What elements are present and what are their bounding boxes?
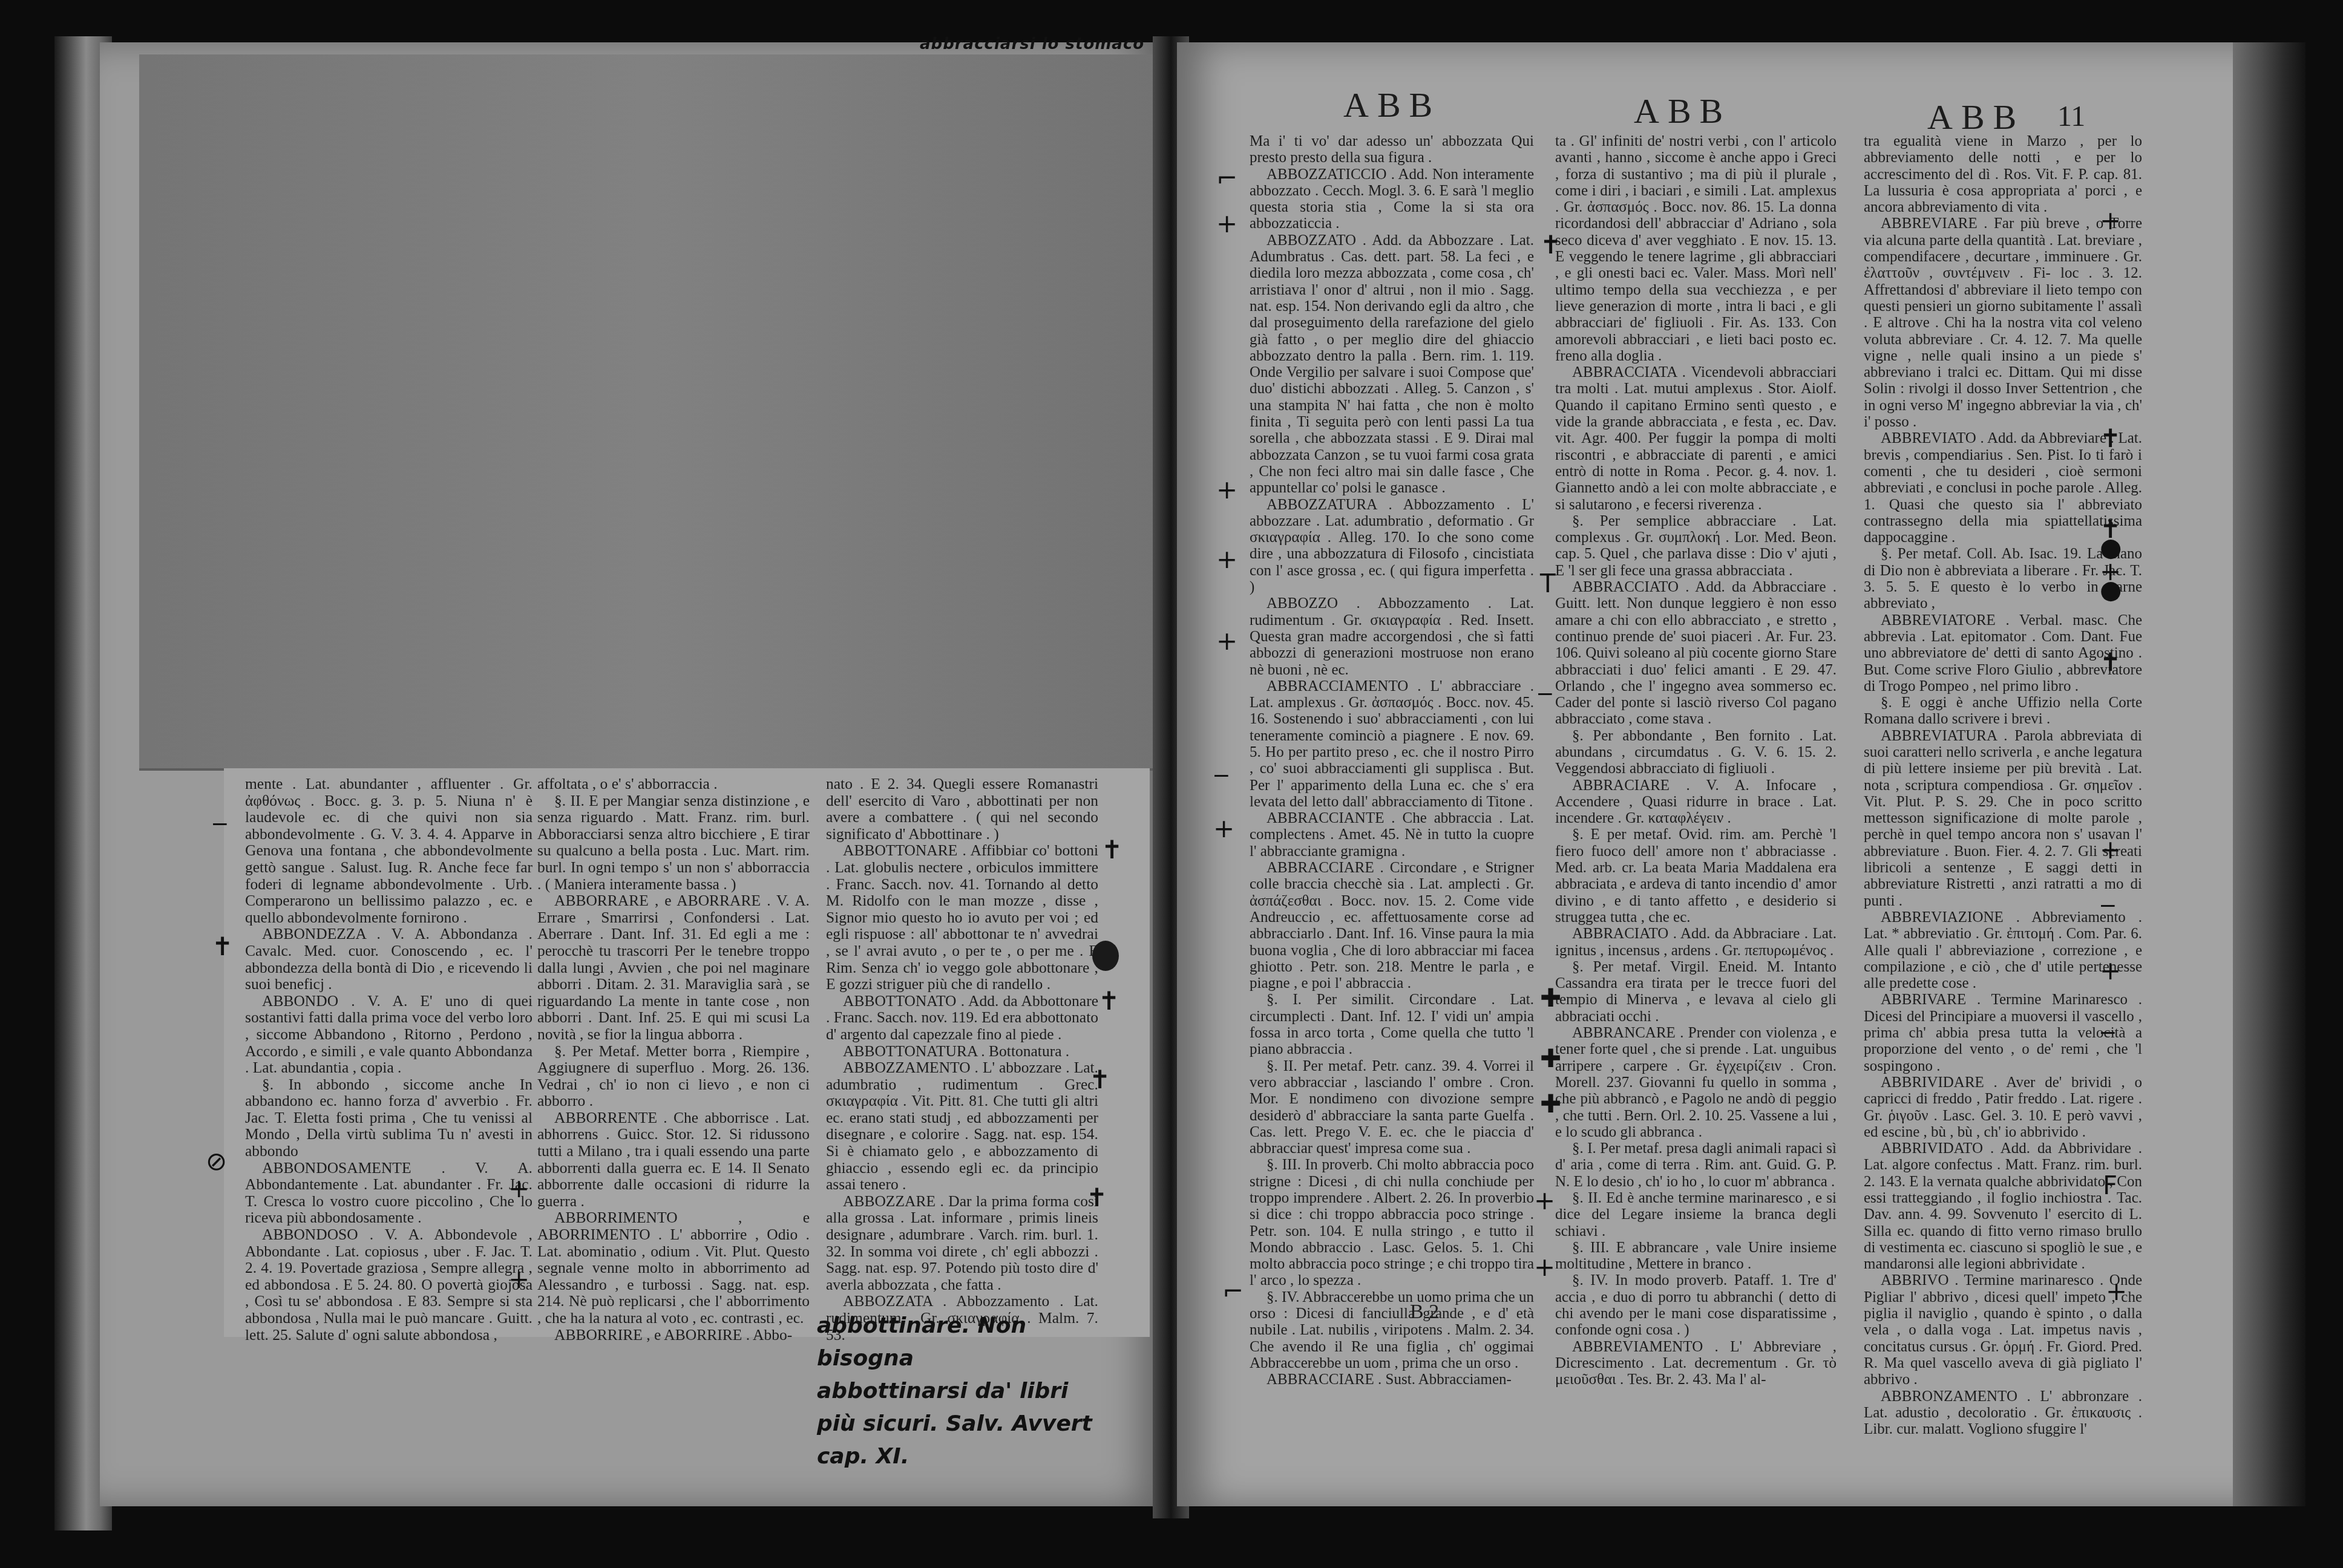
entry: ABBRONZAMENTO . L' abbronzare . Lat. adu… xyxy=(1864,1388,2142,1438)
page-number: 11 xyxy=(2057,100,2085,133)
circle-mark-icon: ⊘ xyxy=(206,1146,227,1176)
circle-mark-icon: ● xyxy=(2100,575,2122,604)
left-column-3: nato . E 2. 34. Quegli essere Romanastri… xyxy=(826,776,1098,1343)
entry: ABBRACCIATA . Vicendevoli abbracciari tr… xyxy=(1555,364,1837,513)
cross-mark-icon: ✚ xyxy=(1540,1044,1561,1073)
entry: ABBRACCIARE . Circondare , e Strigner co… xyxy=(1250,860,1534,991)
entry: §. E oggi è anche Uffizio nella Corte Ro… xyxy=(1864,694,2142,728)
dash-mark-icon: ‒ xyxy=(212,808,228,837)
entry: ABBONDOSAMENTE . V. A. Abbondantemente .… xyxy=(245,1160,532,1226)
cross-mark-icon: + xyxy=(1534,1252,1555,1282)
cross-mark-icon: ✝ xyxy=(1540,230,1561,260)
entry: §. IV. Abbraccerebbe un uomo prima che u… xyxy=(1250,1289,1534,1371)
entry: §. Per abbondante , Ben fornito . Lat. a… xyxy=(1555,728,1837,777)
entry: ABBONDEZZA . V. A. Abbondanza . Cavalc. … xyxy=(245,926,532,992)
ink-blot xyxy=(1092,941,1119,971)
cross-mark-icon: F xyxy=(2103,1171,2117,1200)
entry: nato . E 2. 34. Quegli essere Romanastri… xyxy=(826,776,1098,842)
entry: ABBOZZATURA . Abbozzamento . L' abbozzar… xyxy=(1250,497,1534,596)
entry: §. III. E abbrancare , vale Unire insiem… xyxy=(1555,1240,1837,1273)
cross-mark-icon: + xyxy=(2100,835,2121,864)
cross-mark-icon: T xyxy=(1540,569,1556,598)
dash-mark-icon: ‒ xyxy=(1537,678,1553,707)
entry: ABBONDOSO . V. A. Abbondevole , Abbondan… xyxy=(245,1226,532,1343)
dash-mark-icon: ‒ xyxy=(2100,889,2116,919)
dash-mark-icon: ⌐ xyxy=(1222,1276,1244,1306)
entry: §. Per metaf. Virgil. Eneid. M. Intanto … xyxy=(1555,959,1837,1025)
cross-mark-icon: ✚ xyxy=(1540,1089,1561,1119)
running-head-1: ABB xyxy=(1343,85,1441,125)
entry: §. E per metaf. Ovid. rim. am. Perchè 'l… xyxy=(1555,826,1837,926)
entry: ABBOTTONATO . Add. da Abbottonare . Fran… xyxy=(826,993,1098,1043)
entry: ABBOZZATICCIO . Add. Non interamente abb… xyxy=(1250,166,1534,232)
entry: ABBORRIMENTO , e ABORRIMENTO . L' abborr… xyxy=(537,1209,810,1326)
entry: ABBORRENTE . Che abborrisce . Lat. abhor… xyxy=(537,1109,810,1210)
handwritten-top-note: abbracciarsi lo stomaco xyxy=(920,35,1144,53)
entry: §. III. In proverb. Chi molto abbraccia … xyxy=(1250,1157,1534,1289)
book-edge-right xyxy=(2233,42,2305,1506)
right-column-2: ta . Gl' infiniti de' nostri verbi , con… xyxy=(1555,133,1837,1388)
cross-mark-icon: ✚ xyxy=(1540,983,1561,1013)
entry: mente . Lat. abundanter , affluenter . G… xyxy=(245,776,532,926)
left-column-1: mente . Lat. abundanter , affluenter . G… xyxy=(245,776,532,1343)
entry: §. I. Per metaf. presa dagli animali rap… xyxy=(1555,1140,1837,1190)
entry: ABBONDO . V. A. E' uno di quei sostantiv… xyxy=(245,993,532,1076)
right-column-3: tra egualità viene in Marzo , per lo abb… xyxy=(1864,133,2142,1437)
entry: §. In abbondo , siccome anche In abbando… xyxy=(245,1076,532,1160)
blank-overlay-sheet xyxy=(139,54,1156,771)
dash-mark-icon: ‒ xyxy=(1213,759,1230,789)
entry: ABBRIVIDATO . Add. da Abbrividare . Lat.… xyxy=(1864,1140,2142,1272)
entry: ABBRACCIARE . Sust. Abbracciamen- xyxy=(1250,1371,1534,1388)
cross-mark-icon: + xyxy=(1213,814,1234,843)
entry: §. Per semplice abbracciare . Lat. compl… xyxy=(1555,513,1837,579)
entry: §. Per Metaf. Metter borra , Riempire , … xyxy=(537,1043,810,1109)
cross-mark-icon: + xyxy=(508,1264,529,1294)
cross-mark-icon: ✝ xyxy=(2100,647,2121,677)
cross-mark-icon: + xyxy=(2100,206,2121,235)
entry: ABBOTTONATURA . Bottonatura . xyxy=(826,1043,1098,1060)
handwritten-bottom-note: abbottinare. Non bisogna abbottinarsi da… xyxy=(817,1310,1119,1473)
cross-mark-icon: ✝ xyxy=(2100,423,2121,453)
left-column-2: affoltata , o e' s' abborraccia . §. II.… xyxy=(537,776,810,1343)
entry: §. II. Ed è anche termine marinaresco , … xyxy=(1555,1190,1837,1240)
cross-mark-icon: + xyxy=(1216,626,1237,656)
entry: ABBOTTONARE . Affibbiar co' bottoni . La… xyxy=(826,842,1098,992)
cross-mark-icon: + xyxy=(508,1174,529,1203)
entry: ABBRIVO . Termine marinaresco . Onde Pig… xyxy=(1864,1272,2142,1388)
signature-mark: B 2 xyxy=(1410,1301,1439,1324)
cross-mark-icon: ✝ xyxy=(212,932,233,961)
entry: ABBOZZARE . Dar la prima forma così alla… xyxy=(826,1193,1098,1293)
cross-mark-icon: + xyxy=(2106,1276,2127,1306)
entry: §. II. Per metaf. Petr. canz. 39. 4. Vor… xyxy=(1250,1058,1534,1157)
cross-mark-icon: ✝ xyxy=(1098,986,1119,1016)
entry: §. IV. In modo proverb. Pataff. 1. Tre d… xyxy=(1555,1272,1837,1338)
entry: Ma i' ti vo' dar adesso un' abbozzata Qu… xyxy=(1250,133,1534,166)
cross-mark-icon: + xyxy=(2100,956,2121,985)
entry: tra egualità viene in Marzo , per lo abb… xyxy=(1864,133,2142,215)
entry: ABBOZZO . Abbozzamento . Lat. rudimentum… xyxy=(1250,595,1534,678)
entry: ABBOZZATO . Add. da Abbozzare . Lat. Adu… xyxy=(1250,232,1534,497)
entry: ABBRACCIATO . Add. da Abbracciare . Guit… xyxy=(1555,579,1837,728)
entry: ABBRANCARE . Prender con violenza , e te… xyxy=(1555,1025,1837,1140)
entry: ABBRACCIANTE . Che abbraccia . Lat. comp… xyxy=(1250,810,1534,860)
entry: §. I. Per similit. Circondare . Lat. cir… xyxy=(1250,991,1534,1057)
dash-mark-icon: ‒ xyxy=(2100,1016,2116,1046)
running-head-3: ABB xyxy=(1927,97,2025,137)
entry: ABBRACIATO . Add. da Abbraciare . Lat. i… xyxy=(1555,926,1837,959)
entry: ABBRACIARE . V. A. Infocare , Accendere … xyxy=(1555,777,1837,827)
entry: ABBRIVIDARE . Aver de' brividi , o capri… xyxy=(1864,1074,2142,1140)
cross-mark-icon: + xyxy=(1216,209,1237,238)
cross-mark-icon: ✝ xyxy=(1086,1183,1107,1212)
cross-mark-icon: + xyxy=(1216,544,1237,574)
entry: ABBREVIATURA . Parola abbreviata di suoi… xyxy=(1864,728,2142,909)
entry: ABBREVIARE . Far più breve , o Torre via… xyxy=(1864,215,2142,430)
cross-mark-icon: + xyxy=(1216,475,1237,505)
entry: §. II. E per Mangiar senza distinzione ,… xyxy=(537,792,810,893)
running-head-2: ABB xyxy=(1634,91,1731,131)
entry: ABBREVIAMENTO . L' Abbreviare , Dicresci… xyxy=(1555,1339,1837,1388)
cross-mark-icon: + xyxy=(1534,1186,1555,1215)
entry: ABBOZZAMENTO . L' abbozzare . Lat. adumb… xyxy=(826,1059,1098,1193)
right-column-1: Ma i' ti vo' dar adesso un' abbozzata Qu… xyxy=(1250,133,1534,1388)
entry: ta . Gl' infiniti de' nostri verbi , con… xyxy=(1555,133,1837,364)
dash-mark-icon: ⌐ xyxy=(1216,163,1237,193)
entry: affoltata , o e' s' abborraccia . xyxy=(537,776,810,792)
entry: ABBORRIRE , e ABORRIRE . Abbo- xyxy=(537,1327,810,1344)
cross-mark-icon: ✝ xyxy=(1101,835,1122,864)
entry: ABBRACCIAMENTO . L' abbracciare . Lat. a… xyxy=(1250,678,1534,810)
entry: ABBORRARE , e ABORRARE . V. A. Errare , … xyxy=(537,892,810,1042)
cross-mark-icon: ✝ xyxy=(1089,1065,1110,1094)
